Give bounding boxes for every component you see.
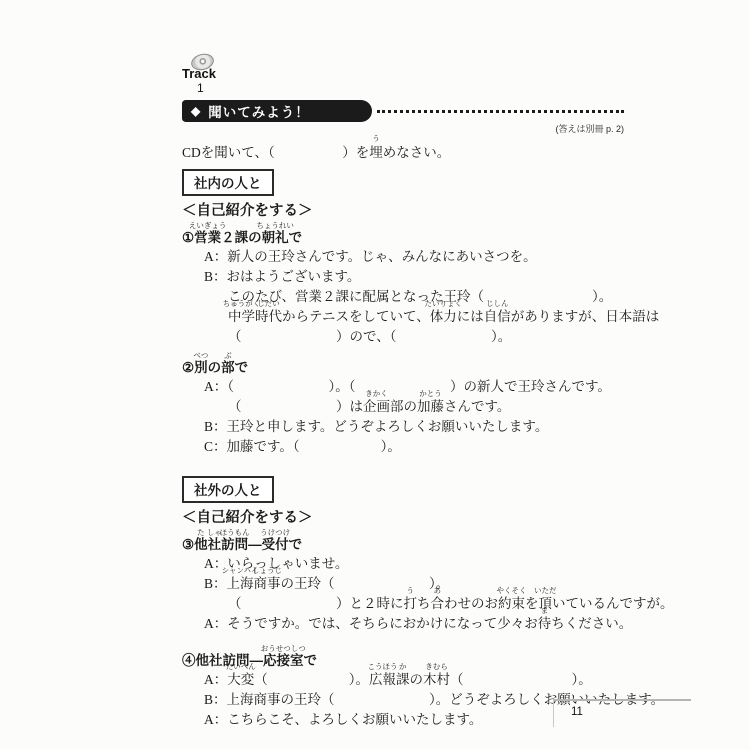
page-number: 11 [571,706,583,718]
track-number: 1 [197,81,204,95]
dialog-line: A：新人の王玲さんです。じゃ、みんなにあいさつを。 [182,247,664,267]
exercise-title: ①営業えいぎょう２課の朝礼ちょうれいで [182,229,664,247]
dialog-line: （ ）は企画きかく部の加藤かとうさんです。 [182,397,664,417]
exercise-title: ②別べつの部ぶで [182,359,664,377]
section-header-row: ◆ 聞いてみよう！ [182,100,624,122]
audio-track-marker: Track 1 [182,54,664,100]
section-box-label: 社外の人と [182,476,274,503]
section-subheading: ＜自己紹介をする＞ [182,508,664,528]
section-header-title: 聞いてみよう！ [208,101,310,121]
exercise-title: ③他た社しゃ訪問ほうもん―受付うけつけで [182,536,664,554]
dialog-line: B：おはようございます。 [182,267,664,287]
dialog-line: B：上海シャンハイ商事しょうじの王玲（ ）。 [182,574,664,594]
section-subheading: ＜自己紹介をする＞ [182,201,664,221]
dialog-line: （ ）と２時に打うち合あわせのお約束やくそくを頂いただいているんですが。 [182,594,664,614]
section-box-label: 社内の人と [182,169,274,196]
section-header-bar: ◆ 聞いてみよう！ [182,100,372,122]
track-label: Track [182,66,216,81]
dialog-line: A：そうですか。では、そちらにおかけになって少々お待まちください。 [182,614,664,634]
dialog-line: C：加藤です。（ ）。 [182,437,664,457]
dialog-line: （ ）ので、（ ）。 [182,327,664,347]
dotted-leader-line [377,110,624,113]
diamond-icon: ◆ [191,104,201,118]
dialog-line: 中学ちゅうがく時代じだいからテニスをしていて、体力たいりょくには自信じしんがあり… [182,307,664,327]
dialog-line: B：王玲と申します。どうぞよろしくお願いいたします。 [182,417,664,437]
dialog-line: A：大変たいへん（ ）。広報こうほう課かの木村きむら（ ）。 [182,670,664,690]
exercise-instruction: CDを聞いて、（ ）を埋うめなさい。 [182,142,664,164]
answer-reference-note: (答えは別冊 p. 2) [182,124,624,135]
page-number-corner: 11 [553,699,691,727]
page-content: Track 1 ◆ 聞いてみよう！ (答えは別冊 p. 2) CDを聞いて、（ … [182,54,664,730]
